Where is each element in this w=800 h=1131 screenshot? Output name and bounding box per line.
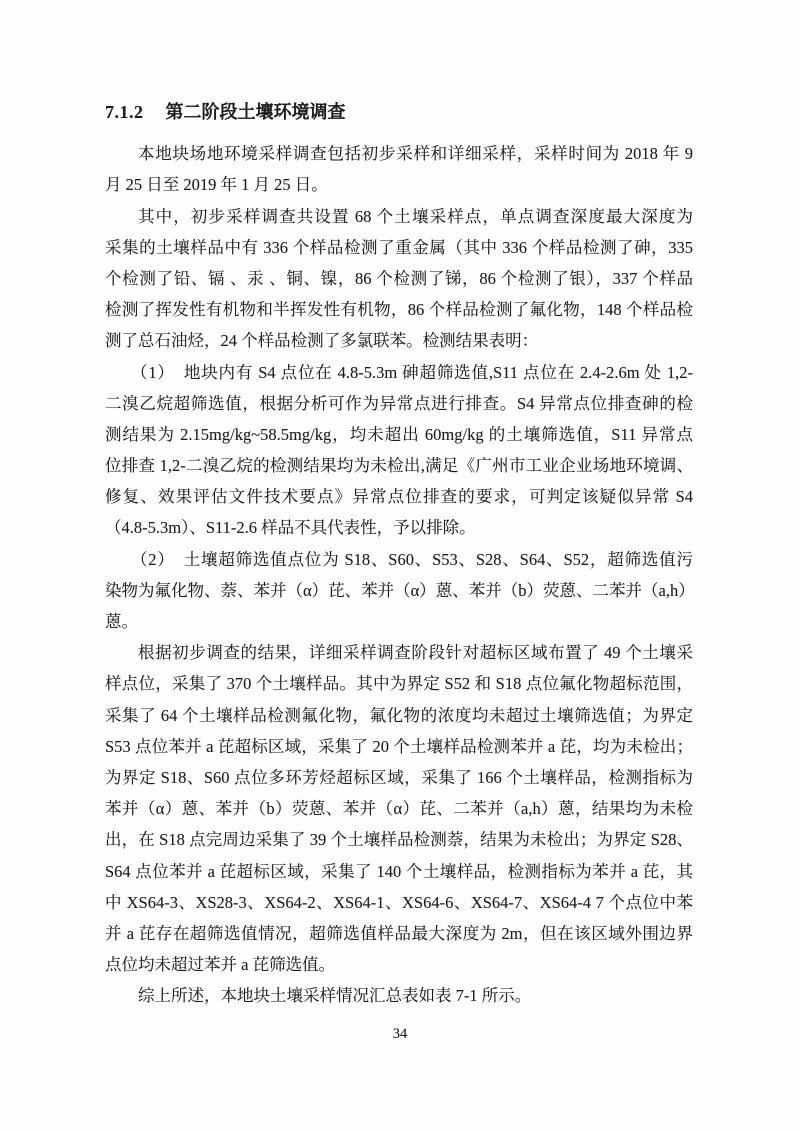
text-line: S53 点位苯并 a 芘超标区域，采集了 20 个土壤样品检测苯并 a 芘，均为… [105,731,693,762]
text-line: 二溴乙烷超筛选值，根据分析可作为异常点进行排查。S4 异常点位排查砷的检 [105,388,693,419]
text-line: 位排查 1,2-二溴乙烷的检测结果均为未检出,满足《广州市工业企业场地环境调、 [105,450,693,481]
text-line: 苯并（α）蒽、苯并（b）荧蒽、苯并（α）芘、二苯并（a,h）蒽，结果均为未检 [105,793,693,824]
section-number: 7.1.2 [105,102,144,122]
text-line: 检测了挥发性有机物和半挥发性有机物，86 个样品检测了氟化物，148 个样品检 [105,294,693,325]
text-line: 为界定 S18、S60 点位多环芳烃超标区域，采集了 166 个土壤样品，检测指… [105,762,693,793]
text-line: 修复、效果评估文件技术要点》异常点位排查的要求，可判定该疑似异常 S4 [105,481,693,512]
text-line: S64 点位苯并 a 芘超标区域，采集了 140 个土壤样品，检测指标为苯并 a… [105,856,693,887]
text-line: 并 a 芘存在超筛选值情况，超筛选值样品最大深度为 2m，但在该区域外围边界 [105,918,693,949]
paragraph-item-1-anomaly-check: （1） 地块内有 S4 点位在 4.8-5.3m 砷超筛选值,S11 点位在 2… [105,357,693,544]
text-line: 蒽。 [105,606,693,637]
text-line: 中 XS64-3、XS28-3、XS64-2、XS64-1、XS64-6、XS6… [105,887,693,918]
document-body: 7.1.2第二阶段土壤环境调查 本地块场地环境采样调查包括初步采样和详细采样，采… [105,97,693,1011]
paragraph-detailed-sampling: 根据初步调查的结果，详细采样调查阶段针对超标区域布置了 49 个土壤采 样点位，… [105,637,693,980]
paragraph-preliminary-sampling: 其中，初步采样调查共设置 68 个土壤采样点，单点调查深度最大深度为 7.2m，… [105,201,693,357]
text-line: 测了总石油烃，24 个样品检测了多氯联苯。检测结果表明： [105,325,693,356]
text-line: 根据初步调查的结果，详细采样调查阶段针对超标区域布置了 49 个土壤采 [105,637,693,668]
text-line: 出，在 S18 点完周边采集了 39 个土壤样品检测萘，结果为未检出；为界定 S… [105,824,693,855]
text-line: 月 25 日至 2019 年 1 月 25 日。 [105,169,693,200]
text-line: 采集的土壤样品中有 336 个样品检测了重金属（其中 336 个样品检测了砷，3… [105,232,693,263]
text-line: （1） 地块内有 S4 点位在 4.8-5.3m 砷超筛选值,S11 点位在 2… [105,357,693,388]
text-line: 个检测了铅、镉 、汞 、铜、镍，86 个检测了锑，86 个检测了银），337 个… [105,263,693,294]
document-page: 7.1.2第二阶段土壤环境调查 本地块场地环境采样调查包括初步采样和详细采样，采… [0,0,800,1131]
text-line: 测结果为 2.15mg/kg~58.5mg/kg，均未超出 60mg/kg 的土… [105,419,693,450]
text-line: 本地块场地环境采样调查包括初步采样和详细采样，采样时间为 2018 年 9 [105,138,693,169]
text-line: （2） 土壤超筛选值点位为 S18、S60、S53、S28、S64、S52，超筛… [105,544,693,575]
text-line: 样点位，采集了 370 个土壤样品。其中为界定 S52 和 S18 点位氟化物超… [105,668,693,699]
text-line: 采集了 64 个土壤样品检测氟化物，氟化物的浓度均未超过土壤筛选值；为界定 [105,700,693,731]
text-line: （4.8-5.3m）、S11-2.6 样品不具代表性，予以排除。 [105,512,693,543]
section-heading: 7.1.2第二阶段土壤环境调查 [105,97,693,128]
section-title: 第二阶段土壤环境调查 [166,102,346,122]
paragraph-sampling-period: 本地块场地环境采样调查包括初步采样和详细采样，采样时间为 2018 年 9 月 … [105,138,693,200]
page-number: 34 [0,1020,800,1048]
text-line: 点位均未超过苯并 a 芘筛选值。 [105,949,693,980]
text-line: 染物为氟化物、萘、苯并（α）芘、苯并（α）蒽、苯并（b）荧蒽、二苯并（a,h） [105,575,693,606]
paragraph-summary: 综上所述，本地块土壤采样情况汇总表如表 7-1 所示。 [105,980,693,1011]
text-line: 综上所述，本地块土壤采样情况汇总表如表 7-1 所示。 [105,980,693,1011]
paragraph-item-2-exceedance-points: （2） 土壤超筛选值点位为 S18、S60、S53、S28、S64、S52，超筛… [105,544,693,638]
text-line: 其中，初步采样调查共设置 68 个土壤采样点，单点调查深度最大深度为 7.2m， [105,201,693,232]
